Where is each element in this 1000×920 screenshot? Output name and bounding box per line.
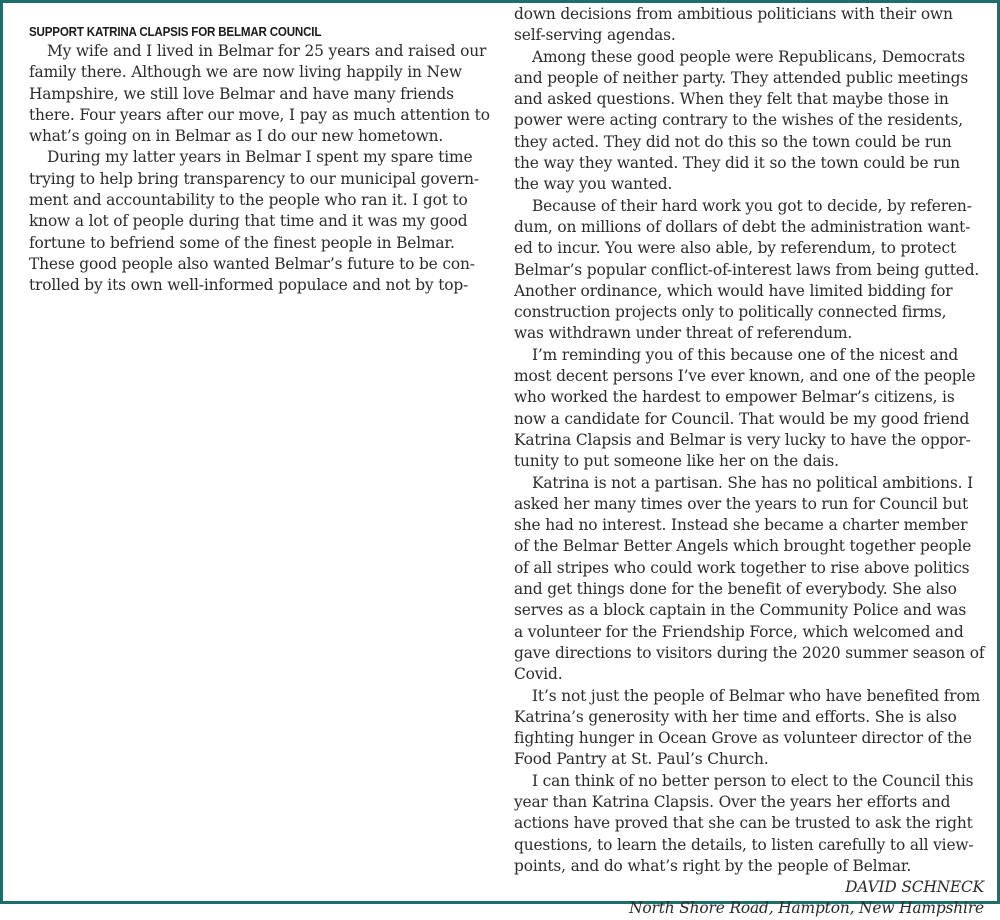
text-line: fighting hunger in Ocean Grove as volunt… <box>514 728 986 749</box>
text-line: most decent persons I’ve ever known, and… <box>514 366 986 387</box>
text-line: Hampshire, we still love Belmar and have… <box>29 84 489 105</box>
text-line: asked her many times over the years to r… <box>514 494 986 515</box>
text-line: family there. Although we are now living… <box>29 62 489 83</box>
text-line: Belmar’s popular conflict-of-interest la… <box>514 260 986 281</box>
text-line: Katrina’s generosity with her time and e… <box>514 707 986 728</box>
text-line: Because of their hard work you got to de… <box>514 196 986 217</box>
text-line: gave directions to visitors during the 2… <box>514 643 986 664</box>
text-line: dum, on millions of dollars of debt the … <box>514 217 986 238</box>
text-line: points, and do what’s right by the peopl… <box>514 856 986 877</box>
text-line: During my latter years in Belmar I spent… <box>29 147 489 168</box>
text-line: a volunteer for the Friendship Force, wh… <box>514 622 986 643</box>
text-line: down decisions from ambitious politician… <box>514 4 986 25</box>
signature-author: DAVID SCHNECK <box>514 877 986 898</box>
text-line: fortune to befriend some of the finest p… <box>29 233 489 254</box>
letter-clipping: SUPPORT KATRINA CLAPSIS FOR BELMAR COUNC… <box>0 0 1000 904</box>
text-line: I can think of no better person to elect… <box>514 771 986 792</box>
text-line: I’m reminding you of this because one of… <box>514 345 986 366</box>
text-line: self-serving agendas. <box>514 25 986 46</box>
text-line: Covid. <box>514 664 986 685</box>
text-line: Among these good people were Republicans… <box>514 47 986 68</box>
text-line: was withdrawn under threat of referendum… <box>514 323 986 344</box>
text-line: Another ordinance, which would have limi… <box>514 281 986 302</box>
left-column-text: My wife and I lived in Belmar for 25 yea… <box>29 41 489 297</box>
text-line: she had no interest. Instead she became … <box>514 515 986 536</box>
text-line: Katrina Clapsis and Belmar is very lucky… <box>514 430 986 451</box>
text-line: Food Pantry at St. Paul’s Church. <box>514 749 986 770</box>
text-line: who worked the hardest to empower Belmar… <box>514 387 986 408</box>
text-line: tunity to put someone like her on the da… <box>514 451 986 472</box>
left-column: SUPPORT KATRINA CLAPSIS FOR BELMAR COUNC… <box>29 24 489 297</box>
text-line: trolled by its own well-informed populac… <box>29 275 489 296</box>
text-line: of the Belmar Better Angels which brough… <box>514 536 986 557</box>
text-line: construction projects only to politicall… <box>514 302 986 323</box>
headline: SUPPORT KATRINA CLAPSIS FOR BELMAR COUNC… <box>29 24 452 40</box>
text-line: trying to help bring transparency to our… <box>29 169 489 190</box>
text-line: ment and accountability to the people wh… <box>29 190 489 211</box>
text-line: and get things done for the benefit of e… <box>514 579 986 600</box>
text-line: they acted. They did not do this so the … <box>514 132 986 153</box>
text-line: and people of neither party. They attend… <box>514 68 986 89</box>
right-column-text: down decisions from ambitious politician… <box>514 4 986 877</box>
text-line: know a lot of people during that time an… <box>29 211 489 232</box>
text-line: of all stripes who could work together t… <box>514 558 986 579</box>
text-line: there. Four years after our move, I pay … <box>29 105 489 126</box>
text-line: My wife and I lived in Belmar for 25 yea… <box>29 41 489 62</box>
text-line: the way you wanted. <box>514 174 986 195</box>
text-line: Katrina is not a partisan. She has no po… <box>514 473 986 494</box>
text-line: serves as a block captain in the Communi… <box>514 600 986 621</box>
signature-location: North Shore Road, Hampton, New Hampshire <box>514 898 986 904</box>
text-line: These good people also wanted Belmar’s f… <box>29 254 489 275</box>
text-line: now a candidate for Council. That would … <box>514 409 986 430</box>
text-line: what’s going on in Belmar as I do our ne… <box>29 126 489 147</box>
text-line: power were acting contrary to the wishes… <box>514 110 986 131</box>
text-line: and asked questions. When they felt that… <box>514 89 986 110</box>
text-line: It’s not just the people of Belmar who h… <box>514 686 986 707</box>
right-column: down decisions from ambitious politician… <box>514 4 986 904</box>
text-line: ed to incur. You were also able, by refe… <box>514 238 986 259</box>
text-line: actions have proved that she can be trus… <box>514 813 986 834</box>
text-line: the way they wanted. They did it so the … <box>514 153 986 174</box>
text-line: year than Katrina Clapsis. Over the year… <box>514 792 986 813</box>
text-line: questions, to learn the details, to list… <box>514 835 986 856</box>
